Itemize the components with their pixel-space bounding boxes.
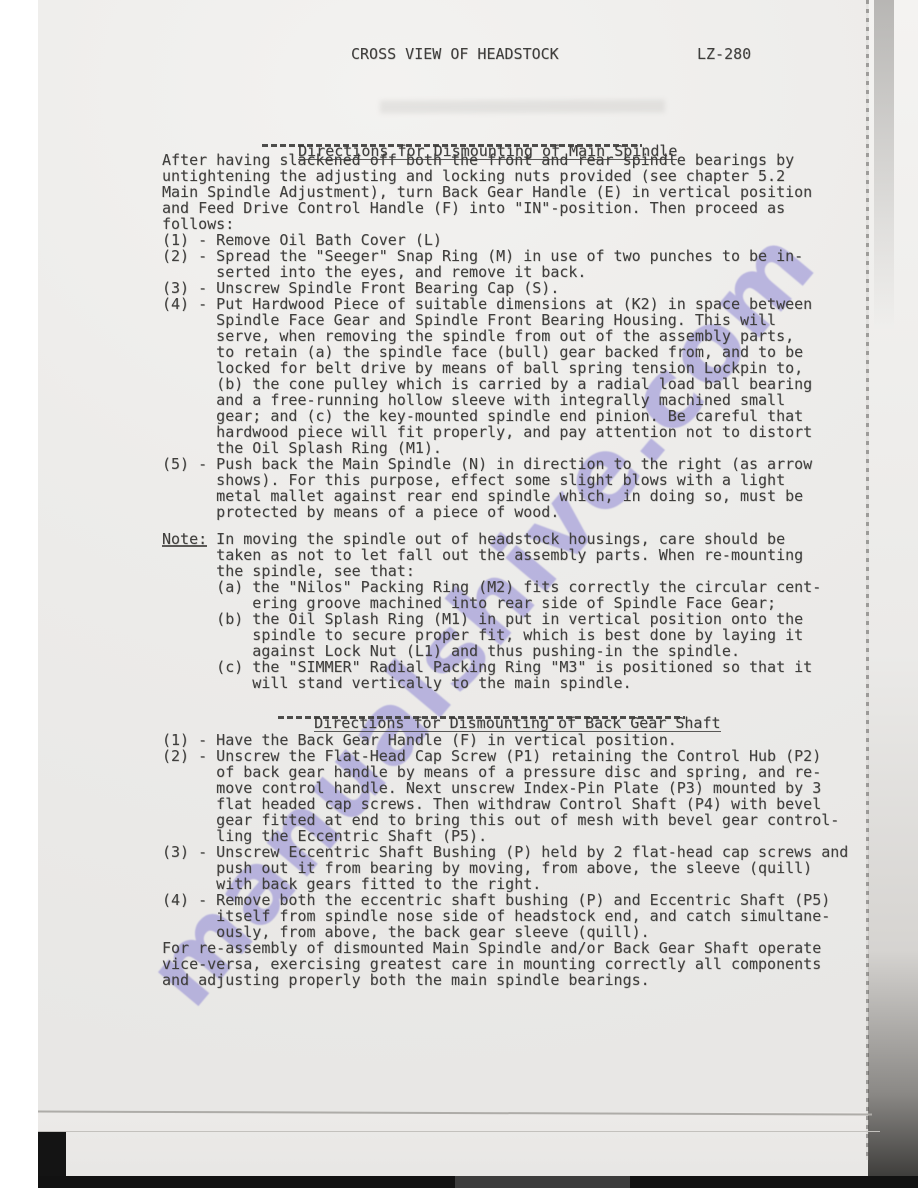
left-margin-strip bbox=[0, 0, 38, 1188]
doc-number: LZ-280 bbox=[697, 46, 751, 62]
paper-edge-line bbox=[866, 0, 869, 1160]
heading-dashed-underline-main-spindle bbox=[262, 144, 642, 147]
page-bottom-second-line bbox=[38, 1131, 880, 1132]
scan-bottom-strip-gap bbox=[455, 1176, 630, 1188]
scanned-page: manualshive.com CROSS VIEW OF HEADSTOCK … bbox=[0, 0, 918, 1188]
heading-dashed-underline-back-gear bbox=[278, 716, 685, 719]
page-title: CROSS VIEW OF HEADSTOCK bbox=[351, 46, 559, 62]
section-body-main-spindle: After having slackened off both the fron… bbox=[162, 152, 812, 520]
ink-ghost-smudge bbox=[380, 100, 665, 114]
right-edge-shadow bbox=[874, 0, 894, 330]
section-body-back-gear: (1) - Have the Back Gear Handle (F) in v… bbox=[162, 732, 848, 988]
note-label-underline bbox=[162, 545, 207, 547]
note-block: Note: In moving the spindle out of heads… bbox=[162, 531, 821, 691]
